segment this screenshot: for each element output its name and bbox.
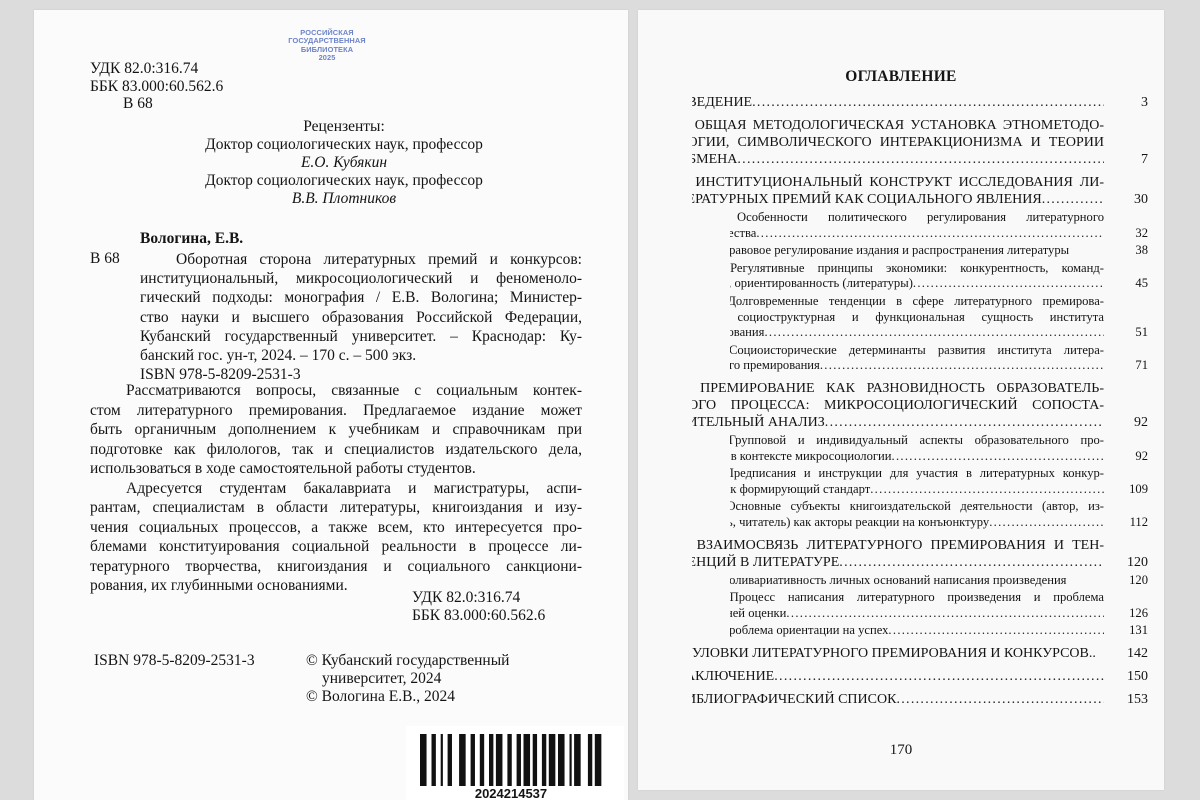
toc-entry-title: 1. ОБЩАЯ МЕТОДОЛОГИЧЕСКАЯ УСТАНОВКА ЭТНО… (678, 117, 1148, 168)
barcode-sticker: 2024214537 (406, 726, 624, 800)
reviewer-title: Доктор социологических наук, профессор (124, 172, 564, 190)
reviewer-name: В.В. Плотников (124, 190, 564, 208)
annotation-line: рантам, специалистам в области литератур… (90, 498, 582, 518)
classification-codes-top: УДК 82.0:316.74 ББК 83.000:60.562.6 В 68 (90, 60, 223, 113)
toc-entry-line: 4.1. Поливариативность личных оснований … (730, 573, 1104, 589)
toc-entry-line: 2.3. Регулятивные принципы экономики: ко… (730, 261, 1104, 277)
bbk-code: ББК 83.000:60.562.6 (412, 607, 545, 625)
toc-page-number: 112 (1130, 515, 1148, 531)
barcode-number: 2024214537 (406, 786, 616, 800)
toc-entry[interactable]: 1. ОБЩАЯ МЕТОДОЛОГИЧЕСКАЯ УСТАНОВКА ЭТНО… (678, 117, 1148, 168)
toc-entry[interactable]: 4. ВЗАИМОСВЯЗЬ ЛИТЕРАТУРНОГО ПРЕМИРОВАНИ… (678, 537, 1148, 571)
toc-entry-line: ДЕНЦИЙ В ЛИТЕРАТУРЕ (692, 554, 1104, 571)
annotation-line: быть органичным дополнением к учебникам … (90, 420, 582, 440)
toc-entry-title: 4.3. Проблема ориентации на успех (678, 623, 1148, 639)
toc-entry[interactable]: БИБЛИОГРАФИЧЕСКИЙ СПИСОК153 (678, 691, 1148, 708)
toc-page-number: 3 (1141, 94, 1148, 111)
toc-title: ОГЛАВЛЕНИЕ (638, 68, 1164, 86)
dot-leader (786, 606, 1104, 620)
toc-page-number: 120 (1129, 573, 1148, 589)
toc-entry-title: 2.5. Социоисторические детерминанты разв… (678, 343, 1148, 374)
classification-codes-bottom: УДК 82.0:316.74 ББК 83.000:60.562.6 (412, 589, 545, 625)
toc-entry-title: 3.1. Групповой и индивидуальный аспекты … (678, 433, 1148, 464)
record-line: Оборотная сторона литературных премий и … (140, 250, 582, 269)
toc-entry-title: 4.2. Процесс написания литературного про… (678, 590, 1148, 621)
dot-leader (737, 152, 1104, 167)
udk-code: УДК 82.0:316.74 (412, 589, 545, 607)
toc-page-number: 126 (1129, 606, 1148, 622)
toc-page-number: 51 (1135, 325, 1148, 341)
author-mark: В 68 (90, 95, 223, 113)
toc-entry[interactable]: 3.1. Групповой и индивидуальный аспекты … (678, 433, 1148, 464)
dot-leader (913, 276, 1104, 290)
bibliographic-description: Оборотная сторона литературных премий и … (140, 250, 582, 384)
toc-entry-line: турного премирования (730, 358, 1104, 374)
toc-entry-line: 2.2. Правовое регулирование издания и ра… (730, 243, 1104, 259)
annotation-line: тературного творчества, книгоиздания и с… (90, 557, 582, 577)
toc-entry-line: ния: социоструктурная и функциональная с… (730, 310, 1104, 326)
toc-entry[interactable]: 2.1. Особенности политического регулиров… (678, 210, 1148, 241)
record-code: В 68 (90, 250, 120, 268)
toc-entry-line: НОГО ПРОЦЕССА: МИКРОСОЦИОЛОГИЧЕСКИЙ СОПО… (692, 397, 1104, 414)
dot-leader (888, 623, 1104, 637)
toc-entry-line: ВИТЕЛЬНЫЙ АНАЛИЗ (692, 414, 1104, 431)
annotation-line: Адресуется студентам бакалавриата и маги… (90, 479, 582, 499)
dot-leader (774, 669, 1104, 684)
toc-entry-line: ность, ориентированность (литературы) (730, 276, 1104, 292)
toc-entry-line: 4. ВЗАИМОСВЯЗЬ ЛИТЕРАТУРНОГО ПРЕМИРОВАНИ… (692, 537, 1104, 554)
toc-entry-line: БИБЛИОГРАФИЧЕСКИЙ СПИСОК (692, 691, 1104, 708)
toc-entry-line: ЗАКЛЮЧЕНИЕ (692, 668, 1104, 685)
toc-entry[interactable]: 5. УЛОВКИ ЛИТЕРАТУРНОГО ПРЕМИРОВАНИЯ И К… (678, 645, 1148, 662)
toc-entry-title: 4.1. Поливариативность личных оснований … (678, 573, 1148, 589)
record-line: ство науки и высшего образования Российс… (140, 308, 582, 327)
dot-leader (764, 325, 1104, 339)
toc-entry[interactable]: 3. ПРЕМИРОВАНИЕ КАК РАЗНОВИДНОСТЬ ОБРАЗО… (678, 380, 1148, 431)
page-number: 170 (638, 742, 1164, 759)
toc-page-number: 30 (1134, 191, 1148, 208)
dot-leader (989, 515, 1104, 529)
toc-entry[interactable]: 2.2. Правовое регулирование издания и ра… (678, 243, 1148, 259)
toc-entry[interactable]: 2. ИНСТИТУЦИОНАЛЬНЫЙ КОНСТРУКТ ИССЛЕДОВА… (678, 174, 1148, 208)
dot-leader (756, 226, 1104, 240)
reviewer-name: Е.О. Кубякин (124, 154, 564, 172)
toc-page-number: 92 (1135, 449, 1148, 465)
toc-entry-title: 3. ПРЕМИРОВАНИЕ КАК РАЗНОВИДНОСТЬ ОБРАЗО… (678, 380, 1148, 431)
toc-page-number: 150 (1127, 668, 1148, 685)
toc-entry-title: 3.3. Основные субъекты книгоиздательской… (678, 499, 1148, 530)
toc-entry-title: ВВЕДЕНИЕ (678, 94, 1148, 111)
toc-entry-line: 2. ИНСТИТУЦИОНАЛЬНЫЙ КОНСТРУКТ ИССЛЕДОВА… (692, 174, 1104, 191)
annotation-line: стом литературного премирования. Предлаг… (90, 401, 582, 421)
toc-entry-line: 2.4. Долговременные тенденции в сфере ли… (730, 294, 1104, 310)
toc-entry-title: БИБЛИОГРАФИЧЕСКИЙ СПИСОК (678, 691, 1148, 708)
toc-page-number: 92 (1134, 414, 1148, 431)
toc-entry-title: 3.2. Предписания и инструкции для участи… (678, 466, 1148, 497)
toc-entry-title: 2.1. Особенности политического регулиров… (678, 210, 1148, 241)
toc-entry-line: 3. ПРЕМИРОВАНИЕ КАК РАЗНОВИДНОСТЬ ОБРАЗО… (692, 380, 1104, 397)
toc-entry-title: 2.4. Долговременные тенденции в сфере ли… (678, 294, 1148, 341)
toc-entry-line: ОБМЕНА (692, 151, 1104, 168)
table-of-contents: ВВЕДЕНИЕ31. ОБЩАЯ МЕТОДОЛОГИЧЕСКАЯ УСТАН… (678, 88, 1148, 708)
toc-entry-line: 3.1. Групповой и индивидуальный аспекты … (730, 433, 1104, 449)
toc-entry-title: 2.2. Правовое регулирование издания и ра… (678, 243, 1148, 259)
toc-page-number: 45 (1135, 276, 1148, 292)
toc-entry[interactable]: ЗАКЛЮЧЕНИЕ150 (678, 668, 1148, 685)
annotation-line: подготовке как филологов, так и специали… (90, 440, 582, 460)
copyright-author: © Вологина Е.В., 2024 (306, 688, 509, 706)
dot-leader (896, 692, 1104, 707)
annotation-line: Рассматриваются вопросы, связанные с соц… (90, 381, 582, 401)
reviewers-block: Рецензенты: Доктор социологических наук,… (124, 118, 564, 208)
toc-entry-line: внешней оценки (730, 606, 1104, 622)
toc-entry-line: творчества (730, 226, 1104, 242)
record-line: гический подходы: монография / Е.В. Воло… (140, 288, 582, 307)
toc-page-number: 142 (1127, 645, 1148, 662)
toc-entry[interactable]: 4.3. Проблема ориентации на успех131 (678, 623, 1148, 639)
annotation-line: чения социальных процессов, а также всем… (90, 518, 582, 538)
toc-entry-line: 4.3. Проблема ориентации на успех (730, 623, 1104, 639)
toc-entry-line: ЛОГИИ, СИМВОЛИЧЕСКОГО ИНТЕРАКЦИОНИЗМА И … (692, 134, 1104, 151)
stamp-line: 2025 (262, 54, 392, 62)
record-line: институциональный, микросоциологический … (140, 269, 582, 288)
toc-entry[interactable]: 2.4. Долговременные тенденции в сфере ли… (678, 294, 1148, 341)
reviewer-title: Доктор социологических наук, профессор (124, 136, 564, 154)
toc-entry-line: 1. ОБЩАЯ МЕТОДОЛОГИЧЕСКАЯ УСТАНОВКА ЭТНО… (692, 117, 1104, 134)
toc-entry-line: цесса в контексте микросоциологии (730, 449, 1104, 465)
barcode-icon (420, 734, 604, 786)
toc-entry[interactable]: 4.1. Поливариативность личных оснований … (678, 573, 1148, 589)
toc-entry-title: 4. ВЗАИМОСВЯЗЬ ЛИТЕРАТУРНОГО ПРЕМИРОВАНИ… (678, 537, 1148, 571)
toc-entry-title: 5. УЛОВКИ ЛИТЕРАТУРНОГО ПРЕМИРОВАНИЯ И К… (678, 645, 1148, 662)
toc-entry-line: 5. УЛОВКИ ЛИТЕРАТУРНОГО ПРЕМИРОВАНИЯ И К… (692, 645, 1104, 662)
dot-leader (1042, 192, 1104, 207)
toc-entry-line: 3.3. Основные субъекты книгоиздательской… (730, 499, 1104, 515)
toc-entry-line: образования (730, 325, 1104, 341)
toc-entry-title: 2. ИНСТИТУЦИОНАЛЬНЫЙ КОНСТРУКТ ИССЛЕДОВА… (678, 174, 1148, 208)
toc-entry-line: 4.2. Процесс написания литературного про… (730, 590, 1104, 606)
toc-entry-line: 2.1. Особенности политического регулиров… (730, 210, 1104, 226)
toc-entry-line: сах как формирующий стандарт (730, 482, 1104, 498)
toc-entry-line: 3.2. Предписания и инструкции для участи… (730, 466, 1104, 482)
toc-entry[interactable]: 3.3. Основные субъекты книгоиздательской… (678, 499, 1148, 530)
toc-entry-title: 2.3. Регулятивные принципы экономики: ко… (678, 261, 1148, 292)
toc-entry[interactable]: 4.2. Процесс написания литературного про… (678, 590, 1148, 621)
annotation-line: использоваться в ходе самостоятельной ра… (90, 459, 582, 479)
copyright-block: © Кубанский государственный университет,… (306, 652, 509, 706)
left-page-colophon: РОССИЙСКАЯ ГОСУДАРСТВЕННАЯ БИБЛИОТЕКА 20… (34, 10, 628, 800)
annotation-line: блемами конституирования социальной реал… (90, 537, 582, 557)
toc-entry[interactable]: ВВЕДЕНИЕ3 (678, 94, 1148, 111)
udk-code: УДК 82.0:316.74 (90, 60, 223, 78)
toc-page-number: 38 (1135, 243, 1148, 259)
toc-page-number: 7 (1141, 151, 1148, 168)
toc-entry[interactable]: 3.2. Предписания и инструкции для участи… (678, 466, 1148, 497)
toc-page-number: 32 (1135, 226, 1148, 242)
record-line: банский гос. ун-т, 2024. – 170 с. – 500 … (140, 346, 582, 365)
right-page-contents: ОГЛАВЛЕНИЕ ВВЕДЕНИЕ31. ОБЩАЯ МЕТОДОЛОГИЧ… (638, 10, 1164, 790)
dot-leader (839, 555, 1104, 570)
toc-page-number: 153 (1127, 691, 1148, 708)
annotation: Рассматриваются вопросы, связанные с соц… (90, 381, 582, 596)
toc-entry-line: 2.5. Социоисторические детерминанты разв… (730, 343, 1104, 359)
toc-entry-line: ТЕРАТУРНЫХ ПРЕМИЙ КАК СОЦИАЛЬНОГО ЯВЛЕНИ… (692, 191, 1104, 208)
dot-leader (820, 358, 1104, 372)
toc-entry[interactable]: 2.5. Социоисторические детерминанты разв… (678, 343, 1148, 374)
toc-entry[interactable]: 2.3. Регулятивные принципы экономики: ко… (678, 261, 1148, 292)
toc-page-number: 120 (1127, 554, 1148, 571)
record-line: Кубанский государственный университет. –… (140, 327, 582, 346)
toc-entry-line: датель, читатель) как акторы реакции на … (730, 515, 1104, 531)
toc-entry-line: ВВЕДЕНИЕ (692, 94, 1104, 111)
isbn: ISBN 978-5-8209-2531-3 (94, 652, 255, 670)
reviewers-heading: Рецензенты: (124, 118, 564, 136)
bbk-code: ББК 83.000:60.562.6 (90, 78, 223, 96)
toc-page-number: 131 (1129, 623, 1148, 639)
dot-leader (892, 449, 1104, 463)
toc-page-number: 109 (1129, 482, 1148, 498)
library-stamp: РОССИЙСКАЯ ГОСУДАРСТВЕННАЯ БИБЛИОТЕКА 20… (262, 29, 392, 62)
copyright-publisher: © Кубанский государственный (306, 652, 509, 670)
record-author: Вологина, Е.В. (140, 230, 243, 248)
dot-leader (870, 482, 1104, 496)
dot-leader (825, 415, 1104, 430)
copyright-publisher-cont: университет, 2024 (306, 670, 509, 688)
toc-page-number: 71 (1135, 358, 1148, 374)
dot-leader (752, 95, 1104, 110)
toc-entry-title: ЗАКЛЮЧЕНИЕ (678, 668, 1148, 685)
